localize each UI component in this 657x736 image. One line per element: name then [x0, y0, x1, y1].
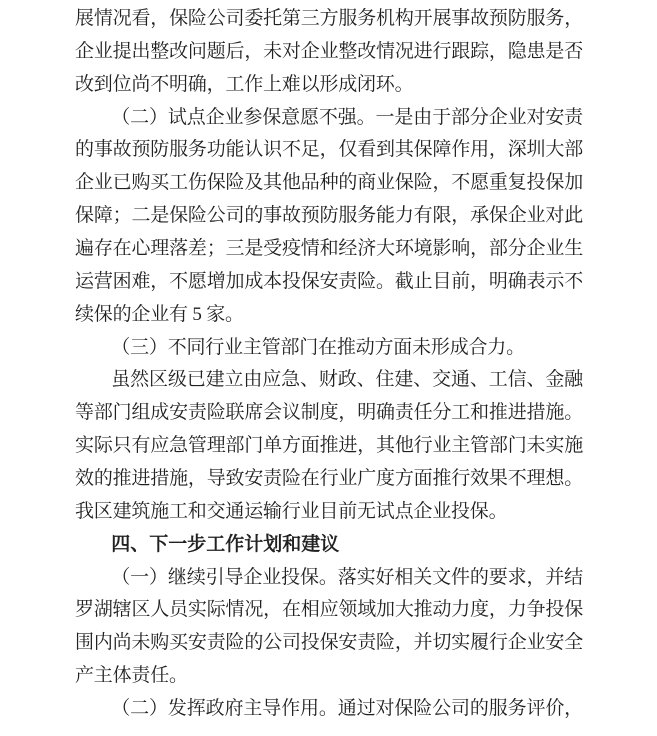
document-line: 的事故预防服务功能认识不足，仅看到其保障作用，深圳大部分 [75, 134, 583, 167]
document-line: 围内尚未购买安责险的公司投保安责险，并切实履行企业安全生 [75, 627, 583, 660]
document-line: 改到位尚不明确，工作上难以形成闭环。 [75, 69, 583, 102]
document-line: 我区建筑施工和交通运输行业目前无试点企业投保。 [75, 496, 583, 529]
document-line: 企业提出整改问题后，未对企业整改情况进行跟踪，隐患是否整 [75, 36, 583, 69]
section-heading: 四、下一步工作计划和建议 [75, 529, 583, 562]
document-line: 续保的企业有 5 家。 [75, 299, 583, 332]
document-text-block: 展情况看，保险公司委托第三方服务机构开展事故预防服务，对企业提出整改问题后，未对… [75, 3, 583, 726]
document-line: （二）试点企业参保意愿不强。一是由于部分企业对安责险 [75, 102, 583, 135]
document-line: 运营困难，不愿增加成本投保安责险。截止目前，明确表示不再 [75, 266, 583, 299]
document-line: 实际只有应急管理部门单方面推进，其他行业主管部门未实施有 [75, 430, 583, 463]
document-line: 效的推进措施，导致安责险在行业广度方面推行效果不理想。如 [75, 463, 583, 496]
document-line: 保障；二是保险公司的事故预防服务能力有限，承保企业对此普 [75, 200, 583, 233]
document-line: 罗湖辖区人员实际情况，在相应领域加大推动力度，力争投保范 [75, 594, 583, 627]
document-line: 等部门组成安责险联席会议制度，明确责任分工和推进措施。但 [75, 397, 583, 430]
document-line: 产主体责任。 [75, 660, 583, 693]
document-page: 展情况看，保险公司委托第三方服务机构开展事故预防服务，对企业提出整改问题后，未对… [0, 0, 657, 736]
document-line: 遍存在心理落差；三是受疫情和经济大环境影响，部分企业生产 [75, 233, 583, 266]
document-line: （二）发挥政府主导作用。通过对保险公司的服务评价，督 [75, 693, 583, 726]
document-line: （一）继续引导企业投保。落实好相关文件的要求，并结合 [75, 562, 583, 595]
document-line: 企业已购买工伤保险及其他品种的商业保险，不愿重复投保加强 [75, 167, 583, 200]
document-line: 展情况看，保险公司委托第三方服务机构开展事故预防服务，对 [75, 3, 583, 36]
document-line: 虽然区级已建立由应急、财政、住建、交通、工信、金融署 [75, 364, 583, 397]
document-line: （三）不同行业主管部门在推动方面未形成合力。 [75, 332, 583, 365]
